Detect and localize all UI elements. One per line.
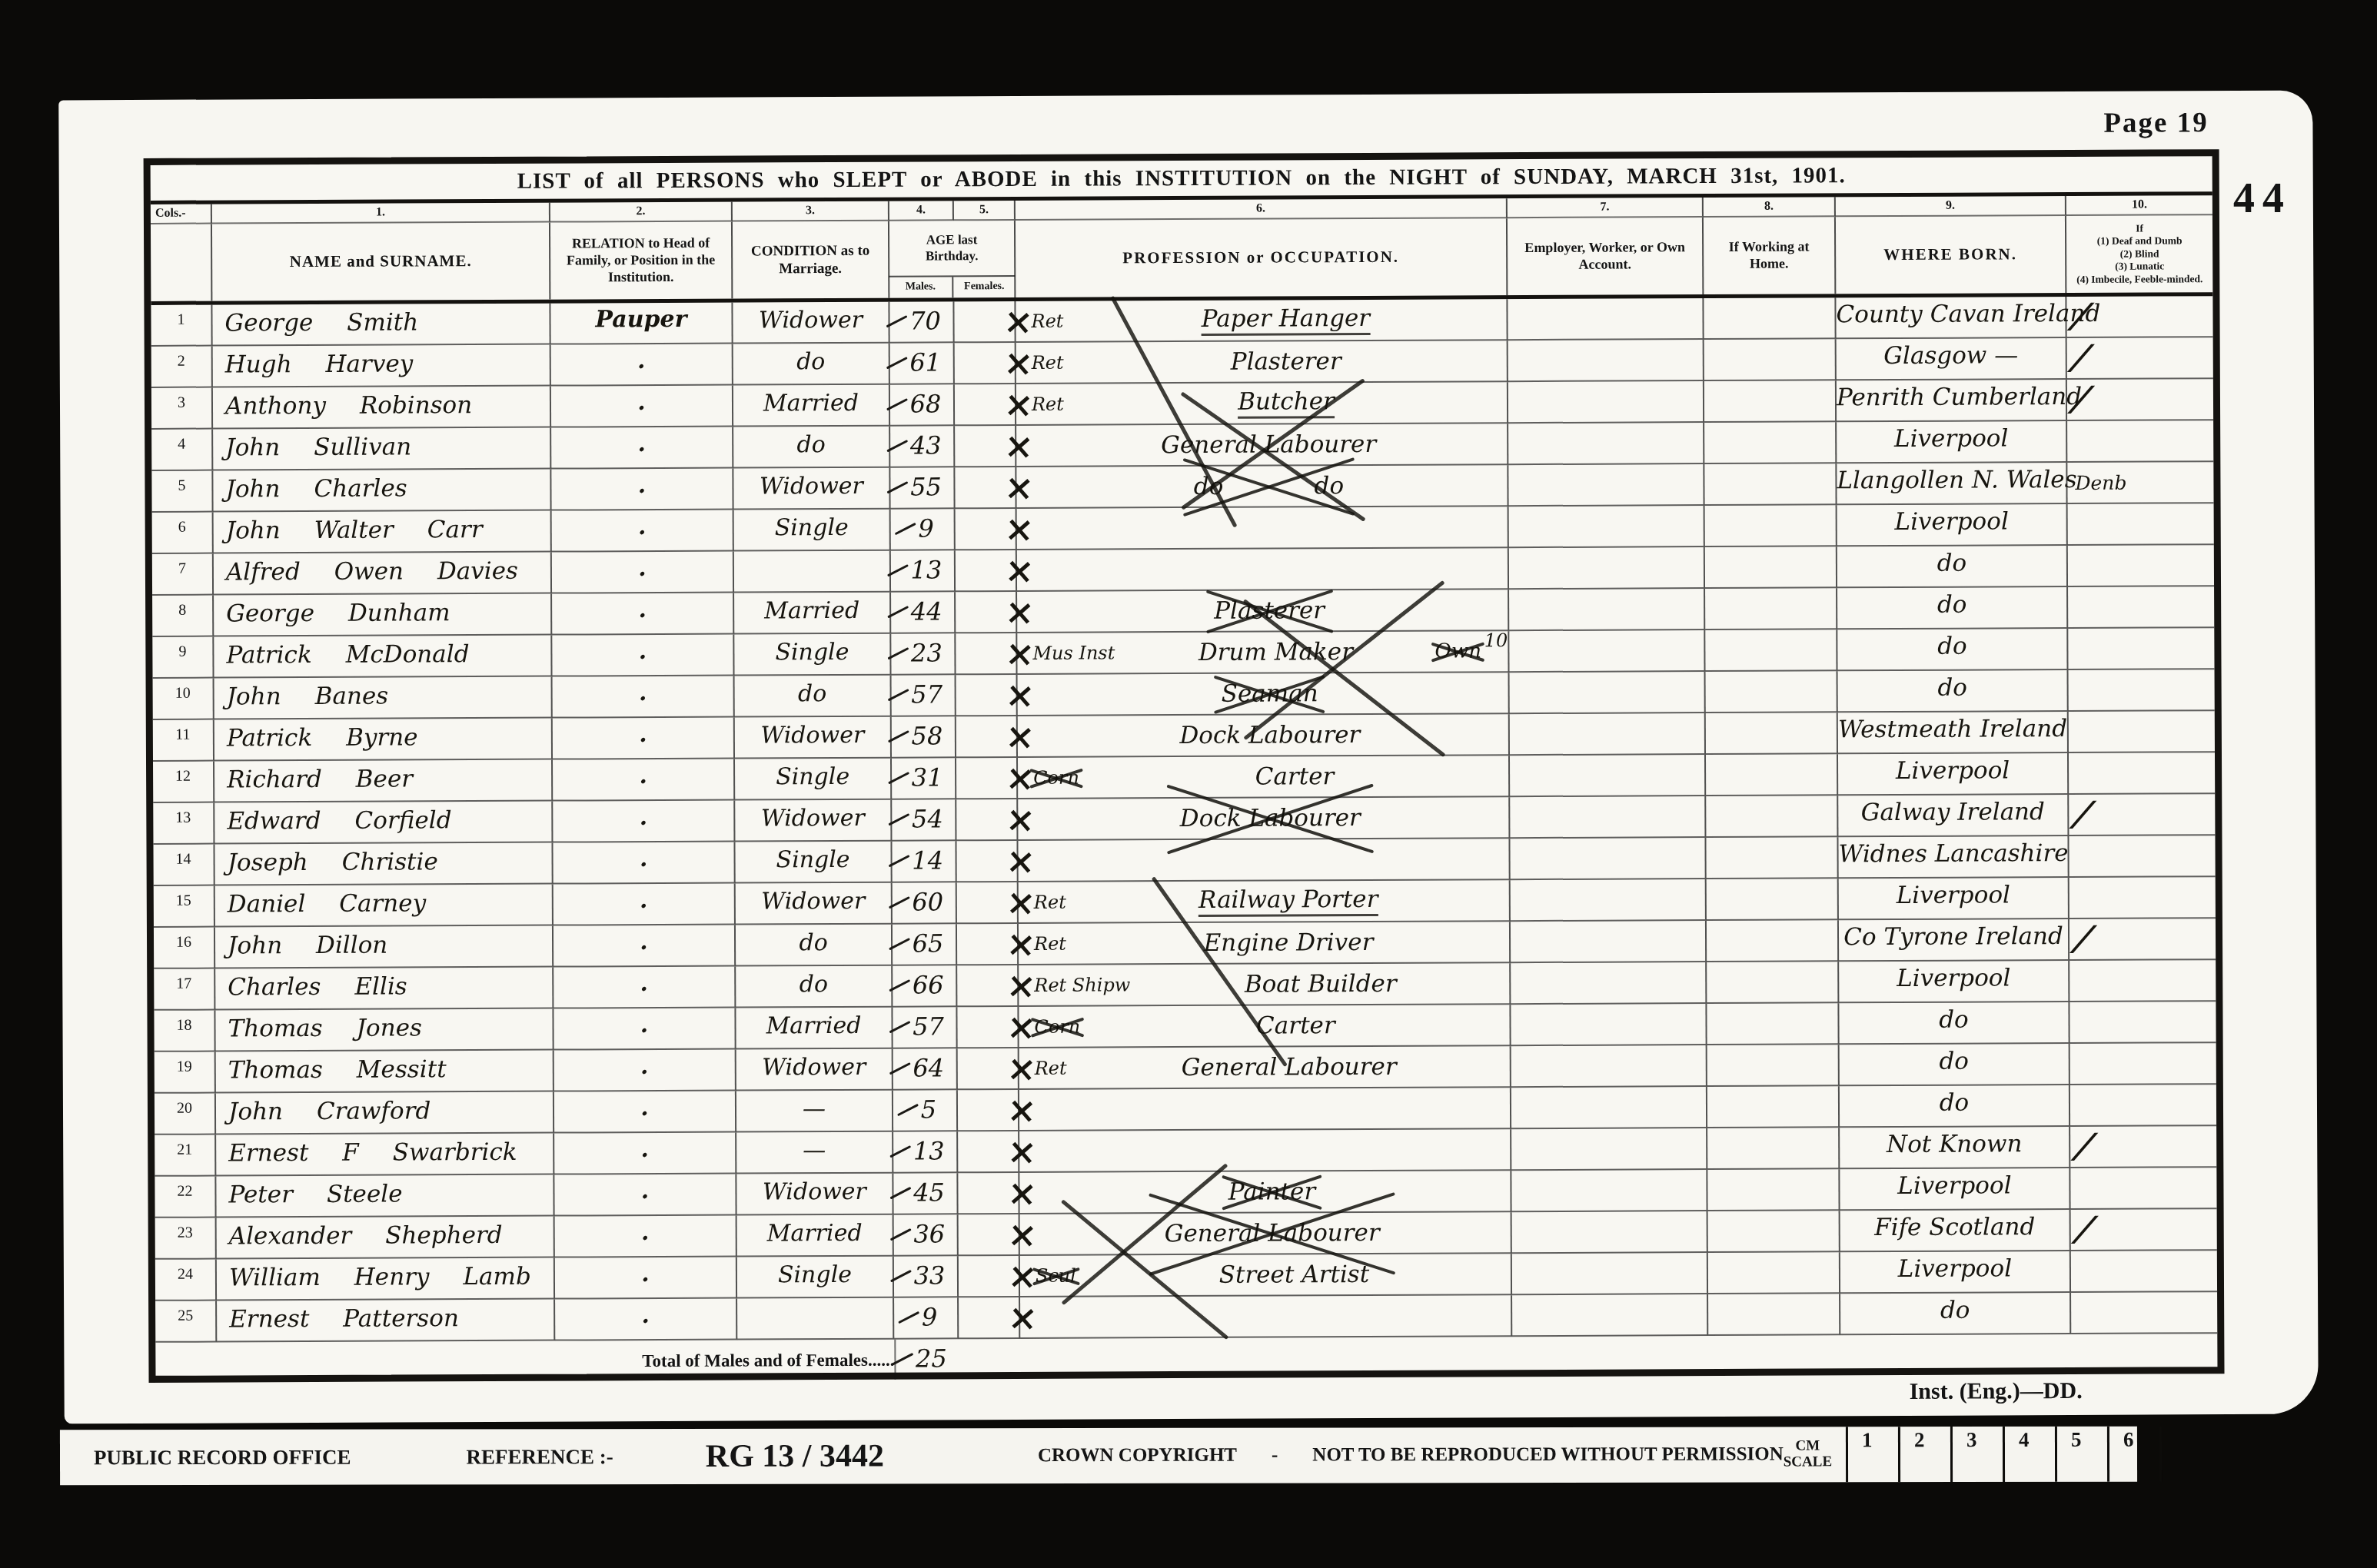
cm-scale-label: CM SCALE [1784, 1438, 1832, 1470]
row-number: 11 [153, 720, 214, 762]
employer-cell [1509, 547, 1705, 590]
where-born-cell: do [1840, 1085, 2070, 1128]
working-at-home-cell [1706, 796, 1838, 838]
where-born-cell: County Cavan Ireland [1836, 297, 2066, 339]
employer-cell [1508, 298, 1704, 341]
tally-x-mark: × [1003, 427, 1032, 464]
where-born-cell: Liverpool [1840, 1168, 2070, 1211]
condition-cell: do [733, 427, 890, 469]
census-page: Page 19 44 LIST of all PERSONS who SLEPT… [58, 91, 2318, 1424]
occupation-text [1033, 1135, 1510, 1165]
infirmity-header: If (1) Deaf and Dumb (2) Blind (3) Lunat… [2066, 215, 2212, 293]
total-value: 25 [894, 1339, 959, 1379]
occupation-prefix: Ret [1034, 933, 1066, 955]
relation-cell: . [554, 1050, 736, 1092]
occupation-text: Dock Labourer [1032, 720, 1508, 750]
tally-x-mark: × [1003, 552, 1032, 589]
age-males-cell: 61 [890, 343, 955, 384]
relation-cell: . [554, 1091, 736, 1134]
occupation-text [1032, 845, 1509, 875]
occupation-cell: × [1020, 1295, 1512, 1339]
relation-cell: . [553, 842, 735, 885]
infirmity-cell [2070, 1085, 2216, 1127]
occupation-prefix: Ret [1034, 892, 1066, 913]
occupation-text: General Labourer [1069, 1052, 1510, 1082]
occupation-text: Plasterer [1065, 347, 1507, 377]
folio-number: 44 [2233, 174, 2292, 223]
relation-cell: . [552, 552, 734, 594]
age-females-header: Females. [953, 277, 1015, 297]
col-number-3: 3. [733, 201, 889, 222]
row-number: 12 [153, 762, 214, 803]
age-males-cell: 57 [892, 675, 956, 716]
rownum-header [151, 224, 212, 301]
occupation-cell: × Ret Shipw Boat Builder [1019, 963, 1511, 1007]
occupation-prefix: Scul [1036, 1265, 1076, 1287]
relation-cell: . [555, 1299, 737, 1341]
infirmity-cell [2069, 960, 2216, 1002]
occupation-text: Street Artist [1078, 1260, 1511, 1289]
age-males-cell: 33 [894, 1256, 959, 1297]
infirmity-tick-mark: / [2072, 1130, 2096, 1164]
name-cell: Alexander Shepherd [217, 1217, 555, 1260]
infirmity-cell [2071, 1251, 2217, 1293]
where-born-cell: Westmeath Ireland [1838, 712, 2069, 754]
infirmity-cell [2068, 545, 2214, 587]
infirmity-line-if: If [2136, 222, 2143, 235]
occupation-text [1034, 1301, 1511, 1331]
occupation-text: Railway Porter [1068, 885, 1509, 918]
col-number-8: 8. [1704, 197, 1836, 218]
infirmity-cell [2069, 877, 2216, 919]
working-at-home-cell [1704, 297, 1836, 340]
scale-mark-6: 6 [2107, 1427, 2159, 1482]
working-at-home-cell [1707, 879, 1839, 921]
occupation-cell: × Corn Carter [1019, 1005, 1511, 1048]
name-cell: Thomas Messitt [216, 1051, 554, 1094]
infirmity-tick-mark: / [2069, 300, 2093, 334]
infirmity-cell [2068, 503, 2214, 546]
scale-mark-1: 1 [1846, 1427, 1898, 1482]
employer-cell [1508, 423, 1704, 465]
name-cell: John Sullivan [213, 428, 551, 471]
age-males-cell: 31 [892, 758, 956, 799]
infirmity-cell: / [2069, 919, 2216, 961]
row-number: 22 [155, 1177, 216, 1218]
record-office-label: PUBLIC RECORD OFFICE [94, 1445, 351, 1470]
occupation-prefix: Mus Inst [1032, 642, 1115, 663]
infirmity-cell: / [2067, 379, 2213, 421]
name-cell: John Charles [213, 470, 551, 513]
scale-mark-3: 3 [1950, 1427, 2003, 1482]
working-at-home-cell [1708, 1294, 1840, 1336]
row-number: 18 [154, 1011, 215, 1052]
infirmity-note: Denb [2075, 471, 2126, 493]
condition-cell: do [736, 966, 893, 1008]
infirmity-tick-mark: / [2070, 798, 2095, 832]
employer-cell [1512, 1211, 1708, 1254]
condition-cell: Widower [736, 1174, 893, 1216]
working-at-home-cell [1706, 837, 1838, 879]
occupation-text [1033, 1094, 1510, 1124]
row-number: 6 [152, 513, 214, 554]
name-cell: John Dillon [215, 926, 554, 969]
relation-cell: . [553, 801, 735, 843]
occupation-text: do do [1030, 471, 1507, 501]
cols-label: Cols.- [151, 204, 212, 224]
relation-cell: . [555, 1257, 737, 1300]
infirmity-cell [2068, 628, 2214, 670]
employer-cell [1508, 340, 1704, 382]
infirmity-cell: / [2070, 1126, 2216, 1168]
age-males-header: Males. [889, 277, 953, 297]
relation-cell: . [552, 593, 734, 636]
infirmity-cell: / [2071, 1209, 2217, 1251]
tally-x-mark: × [1003, 469, 1032, 506]
employer-cell [1511, 921, 1707, 963]
column-headers-row: NAME and SURNAME. RELATION to Head of Fa… [151, 215, 2212, 305]
occupation-text [1031, 554, 1508, 584]
age-males-cell: 45 [893, 1173, 958, 1214]
occupation-text: Painter [1033, 1177, 1510, 1207]
tally-x-mark: × [1002, 303, 1031, 340]
working-at-home-cell [1704, 463, 1837, 506]
where-born-cell: do [1837, 629, 2068, 671]
occupation-text: Butcher [1065, 387, 1507, 420]
occupation-cell: × Ret Railway Porter [1019, 880, 1511, 924]
infirmity-line-1: (1) Deaf and Dumb [2097, 235, 2183, 248]
name-cell: Patrick Byrne [214, 719, 553, 762]
working-at-home-cell [1707, 1003, 1839, 1045]
infirmity-line-3: (3) Lunatic [2115, 261, 2164, 274]
occupation-text: Paper Hanger [1065, 304, 1506, 337]
age-males-cell: 60 [893, 882, 957, 924]
employer-cell [1509, 589, 1705, 631]
relation-cell: . [551, 386, 733, 428]
age-males-cell: 43 [890, 426, 955, 467]
col-number-4: 4. [889, 201, 954, 221]
tally-x-mark: × [1006, 1216, 1035, 1253]
name-cell: Thomas Jones [215, 1009, 554, 1052]
relation-cell: . [554, 1133, 736, 1175]
occupation-text [1031, 513, 1508, 543]
age-males-cell: 13 [893, 1131, 958, 1173]
occupation-cell: × Corn Carter [1018, 756, 1510, 799]
infirmity-cell [2067, 420, 2213, 463]
working-at-home-cell [1705, 588, 1837, 630]
row-number: 20 [155, 1094, 216, 1135]
total-label: Total of Males and of Females...... [555, 1340, 894, 1381]
working-at-home-cell [1707, 1045, 1840, 1087]
working-at-home-cell [1707, 1128, 1840, 1170]
relation-cell: . [553, 676, 735, 719]
age-males-cell: 57 [893, 1007, 957, 1048]
relation-cell: . [552, 510, 734, 553]
condition-cell: do [736, 925, 893, 967]
tally-x-mark: × [1006, 1257, 1035, 1294]
infirmity-tick-mark: / [2073, 1213, 2097, 1247]
where-born-cell: Penrith Cumberland [1837, 380, 2067, 422]
name-cell: Hugh Harvey [213, 345, 551, 388]
row-number: 21 [155, 1135, 216, 1177]
scale-endcap [2159, 1426, 2200, 1481]
tally-x-mark: × [1006, 1133, 1035, 1170]
employer-cell [1510, 755, 1706, 797]
occupation-cell: × Ret General Labourer [1019, 1046, 1511, 1090]
copyright-label: CROWN COPYRIGHT [1038, 1445, 1237, 1467]
row-number: 19 [155, 1052, 216, 1094]
working-at-home-cell [1708, 1211, 1840, 1253]
name-cell: Peter Steele [216, 1175, 554, 1218]
employer-cell [1509, 630, 1705, 673]
working-at-home-cell [1705, 630, 1837, 672]
occupation-cell: × Dock Labourer [1018, 797, 1510, 841]
infirmity-cell [2068, 586, 2214, 629]
occupation-prefix: Corn [1033, 767, 1079, 789]
where-born-cell: Glasgow — [1837, 338, 2067, 380]
infirmity-tick-mark: / [2069, 383, 2093, 417]
occupation-prefix: Ret [1032, 394, 1064, 415]
working-at-home-cell [1707, 920, 1839, 962]
relation-header: RELATION to Head of Family, or Position … [550, 222, 733, 300]
where-born-cell: Liverpool [1838, 753, 2069, 796]
where-born-cell: do [1840, 1293, 2071, 1335]
pro-reference-strip: PUBLIC RECORD OFFICE REFERENCE :- RG 13 … [60, 1427, 2137, 1486]
reference-label: REFERENCE :- [467, 1445, 613, 1469]
row-number: 4 [151, 430, 213, 471]
row-number: 15 [154, 886, 215, 928]
name-cell: John Walter Carr [214, 511, 552, 554]
col-number-9: 9. [1836, 196, 2066, 217]
name-cell: Ernest F Swarbrick [216, 1134, 554, 1177]
reference-number: RG 13 / 3442 [706, 1437, 884, 1474]
relation-cell: . [551, 469, 733, 511]
col-number-1: 1. [212, 203, 550, 224]
age-males-cell: 9 [894, 1297, 959, 1339]
col-number-7: 7. [1508, 198, 1704, 218]
name-cell: Alfred Owen Davies [214, 553, 552, 596]
employer-cell [1511, 1170, 1707, 1212]
employer-cell [1510, 713, 1706, 756]
row-number: 2 [151, 347, 213, 388]
occupation-cell: × Dock Labourer [1018, 714, 1510, 758]
col-number-5: 5. [954, 201, 1016, 221]
infirmity-cell: / [2066, 296, 2212, 338]
occupation-cell: × Ret Butcher [1016, 382, 1508, 426]
occupation-suffix: Own [1435, 639, 1481, 663]
name-cell: Daniel Carney [215, 885, 554, 928]
employer-header: Employer, Worker, or Own Account. [1508, 218, 1704, 295]
scale-mark-4: 4 [2003, 1427, 2055, 1482]
occupation-cell: × General Labourer [1016, 424, 1508, 467]
row-number: 17 [154, 969, 215, 1011]
infirmity-tick-mark: / [2071, 922, 2096, 956]
relation-cell: . [552, 635, 734, 677]
occupation-prefix: Ret [1035, 1058, 1067, 1079]
age-males-cell: 9 [891, 509, 956, 550]
cm-scale-ruler: 1 2 3 4 5 6 [1846, 1426, 2201, 1482]
row-number: 25 [155, 1301, 217, 1343]
infirmity-line-2: (2) Blind [2120, 247, 2159, 261]
occupation-cell: × Ret Paper Hanger [1016, 299, 1508, 343]
home-header: If Working at Home. [1704, 217, 1836, 294]
condition-cell: Widower [736, 883, 893, 925]
name-cell: Charles Ellis [215, 968, 554, 1011]
tally-x-mark: × [1002, 344, 1031, 381]
employer-cell [1512, 1253, 1708, 1295]
name-cell: William Henry Lamb [217, 1258, 555, 1301]
table-body: 1 George Smith Pauper Widower 70 × Ret P… [151, 296, 2217, 1343]
condition-cell: Single [735, 842, 892, 884]
employer-cell [1511, 1004, 1707, 1046]
occupation-text: Seaman [1032, 679, 1508, 709]
row-number: 13 [153, 803, 214, 845]
condition-cell: — [736, 1091, 893, 1133]
occupation-text: Carter [1082, 1011, 1509, 1040]
occupation-prefix: Ret Shipw [1034, 974, 1130, 996]
relation-cell: . [553, 718, 735, 760]
condition-cell [737, 1298, 894, 1340]
row-number: 10 [153, 679, 214, 720]
working-at-home-cell [1707, 962, 1839, 1004]
occupation-cell: × Ret Engine Driver [1019, 922, 1511, 965]
where-born-cell: Liverpool [1837, 421, 2067, 463]
occupation-cell: × Scul Street Artist [1020, 1254, 1512, 1297]
row-number: 5 [151, 471, 213, 513]
occupation-text: Dock Labourer [1032, 803, 1508, 833]
occupation-cell: × Plasterer [1017, 590, 1509, 633]
age-males-cell: 44 [891, 592, 956, 633]
condition-cell: — [736, 1132, 893, 1174]
occupation-cell: × Mus Inst Drum Maker Own 10 [1017, 631, 1509, 675]
working-at-home-cell [1704, 339, 1837, 381]
occupation-text: Carter [1081, 762, 1508, 791]
working-at-home-cell [1705, 505, 1837, 547]
working-at-home-cell [1707, 1086, 1840, 1128]
condition-cell: Married [734, 593, 891, 635]
inst-form-code: Inst. (Eng.)—DD. [1910, 1378, 2083, 1405]
col-number-2: 2. [550, 202, 733, 223]
employer-cell [1511, 1045, 1707, 1088]
condition-cell: do [735, 676, 892, 718]
age-males-cell: 55 [890, 467, 955, 509]
condition-cell: Widower [736, 1049, 893, 1091]
name-cell: Anthony Robinson [213, 387, 551, 430]
scale-mark-5: 5 [2055, 1427, 2107, 1482]
where-born-cell: Widnes Lancashire [1838, 836, 2069, 879]
relation-cell: . [551, 344, 733, 387]
condition-cell: Widower [733, 302, 889, 344]
occupation-cell: × Seaman [1018, 673, 1510, 716]
relation-cell: Pauper [550, 303, 733, 345]
tally-x-mark: × [1004, 718, 1032, 755]
tally-x-mark: × [1006, 1091, 1035, 1128]
age-males-cell: 58 [892, 716, 956, 758]
where-born-cell: do [1837, 546, 2068, 588]
working-at-home-cell [1704, 380, 1837, 423]
census-scan: Page 19 44 LIST of all PERSONS who SLEPT… [0, 0, 2377, 1568]
occupation-cell: × Painter [1019, 1171, 1511, 1214]
working-at-home-cell [1705, 546, 1837, 589]
working-at-home-cell [1706, 713, 1838, 755]
condition-cell: Married [733, 385, 890, 427]
name-cell: Joseph Christie [214, 843, 553, 886]
name-cell: George Smith [212, 304, 550, 347]
working-at-home-cell [1706, 754, 1838, 796]
working-at-home-cell [1708, 1252, 1840, 1294]
tally-x-mark: × [1003, 510, 1032, 547]
condition-cell: Widower [735, 800, 892, 842]
employer-cell [1510, 838, 1706, 880]
infirmity-cell [2070, 1168, 2216, 1210]
tally-x-mark: × [1006, 925, 1034, 962]
relation-cell: . [554, 884, 736, 926]
occupation-text: Drum Maker [1116, 638, 1435, 667]
tally-x-mark: × [1003, 386, 1032, 423]
tally-x-mark: × [1006, 1008, 1034, 1045]
working-at-home-cell [1706, 671, 1838, 713]
occupation-cell: × [1019, 1129, 1511, 1173]
row-number: 3 [151, 388, 213, 430]
infirmity-tick-mark: / [2069, 341, 2093, 375]
tally-x-mark: × [1005, 801, 1033, 838]
row-number: 7 [152, 554, 214, 596]
row-number: 23 [155, 1218, 217, 1260]
tally-x-mark: × [1005, 884, 1033, 921]
occupation-text: Plasterer [1031, 596, 1508, 626]
employer-cell [1510, 796, 1706, 839]
infirmity-cell [2069, 711, 2215, 753]
occupation-annotation: 10 [1484, 630, 1508, 651]
age-males-cell: 68 [890, 384, 955, 426]
row-number: 1 [151, 305, 212, 347]
age-males-cell: 5 [893, 1090, 958, 1131]
condition-cell: Widower [733, 468, 890, 510]
tally-x-mark: × [1005, 759, 1033, 796]
where-born-cell: Fife Scotland [1840, 1210, 2071, 1252]
occupation-cell: × Ret Plasterer [1016, 341, 1508, 384]
occupation-text: General Labourer [1034, 1218, 1511, 1248]
condition-cell: Single [734, 510, 891, 552]
infirmity-cell [2069, 1002, 2216, 1044]
infirmity-cell [2070, 1043, 2216, 1085]
tally-x-mark: × [1004, 593, 1032, 630]
row-number: 9 [152, 637, 214, 679]
occupation-prefix: Ret [1031, 311, 1063, 332]
working-at-home-cell [1704, 422, 1837, 464]
relation-cell: . [554, 1008, 736, 1051]
occupation-cell: × [1017, 507, 1509, 550]
where-born-cell: do [1840, 1044, 2070, 1086]
copyright-dash: - [1272, 1445, 1278, 1467]
where-born-cell: Liverpool [1839, 961, 2069, 1003]
age-males-cell: 66 [893, 965, 957, 1007]
employer-cell [1512, 1294, 1708, 1337]
relation-cell: . [555, 1216, 737, 1258]
tally-x-mark: × [1007, 1299, 1036, 1336]
where-born-cell: do [1838, 670, 2069, 713]
infirmity-cell [2069, 835, 2215, 878]
age-males-cell: 36 [894, 1214, 959, 1256]
condition-cell: Widower [735, 717, 892, 759]
reproduction-notice: NOT TO BE REPRODUCED WITHOUT PERMISSION [1312, 1443, 1783, 1466]
occupation-text: Boat Builder [1132, 969, 1509, 998]
employer-cell [1510, 672, 1706, 714]
occupation-prefix: Ret [1032, 352, 1064, 374]
age-males-cell: 14 [892, 841, 956, 882]
where-born-cell: Liverpool [1840, 1251, 2071, 1294]
employer-cell [1508, 464, 1704, 507]
